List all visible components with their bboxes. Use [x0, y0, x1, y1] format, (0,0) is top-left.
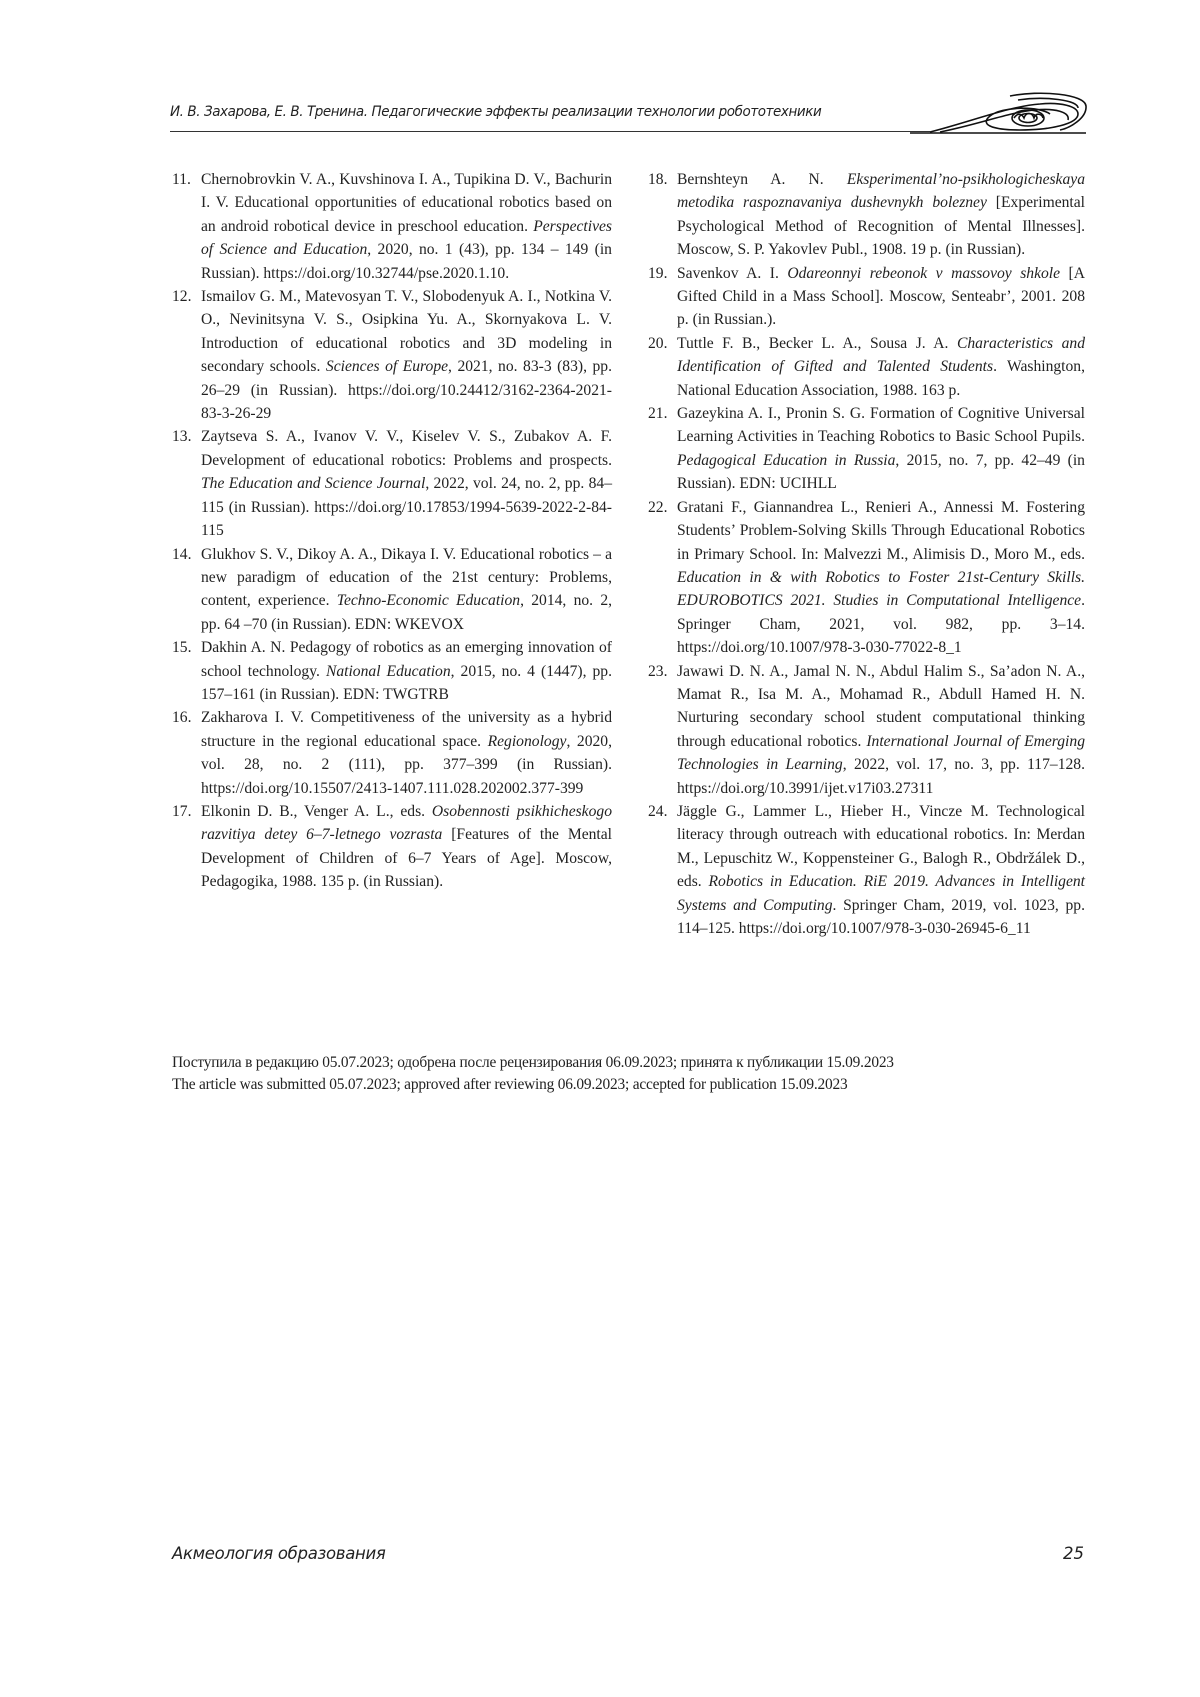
reference-text: Tuttle F. B., Becker L. A., Sousa J. A. … — [677, 332, 1085, 402]
reference-number: 20. — [648, 332, 668, 355]
reference-item: 24.Jäggle G., Lammer L., Hieber H., Vinc… — [648, 800, 1085, 940]
reference-item: 15.Dakhin A. N. Pedagogy of robotics as … — [172, 636, 612, 706]
reference-segment: Savenkov A. I. — [677, 265, 787, 282]
page-number: 25 — [1063, 1544, 1084, 1563]
reference-text: Bernshteyn A. N. Eksperimental’no-psikho… — [677, 168, 1085, 262]
header-rule — [170, 131, 930, 132]
submission-dates: Поступила в редакцию 05.07.2023; одобрен… — [172, 1052, 1102, 1096]
reference-text: Gratani F., Giannandrea L., Renieri A., … — [677, 496, 1085, 660]
reference-text: Jawawi D. N. A., Jamal N. N., Abdul Hali… — [677, 660, 1085, 800]
reference-text: Glukhov S. V., Dikoy A. A., Dikaya I. V.… — [201, 543, 612, 637]
reference-text: Chernobrovkin V. A., Kuvshinova I. A., T… — [201, 168, 612, 285]
reference-source-title: Education in & with Robotics to Foster 2… — [677, 569, 1085, 609]
reference-source-title: Sci­ences of Europe — [326, 358, 448, 375]
reference-number: 18. — [648, 168, 668, 191]
dates-russian: Поступила в редакцию 05.07.2023; одобрен… — [172, 1052, 1102, 1074]
reference-number: 12. — [172, 285, 192, 308]
reference-number: 19. — [648, 262, 668, 285]
ornament-icon — [910, 92, 1090, 134]
reference-item: 17.Elkonin D. B., Venger A. L., eds. Oso… — [172, 800, 612, 894]
reference-item: 19.Savenkov A. I. Odareonnyi rebeonok v … — [648, 262, 1085, 332]
reference-number: 11. — [172, 168, 191, 191]
reference-source-title: Odareonnyi rebeonok v massovoy shkole — [787, 265, 1060, 282]
footer-journal-title: Акмеология образования — [172, 1544, 386, 1563]
dates-english: The article was submitted 05.07.2023; ap… — [172, 1074, 1102, 1096]
reference-number: 21. — [648, 402, 668, 425]
reference-number: 14. — [172, 543, 192, 566]
running-title: И. В. Захарова, Е. В. Тренина. Педагогич… — [170, 104, 821, 120]
reference-text: Gazeykina A. I., Pronin S. G. Formation … — [677, 402, 1085, 496]
reference-number: 23. — [648, 660, 668, 683]
reference-segment: Bernshteyn A. N. — [677, 171, 847, 188]
reference-number: 16. — [172, 706, 192, 729]
reference-item: 12.Ismailov G. M., Matevosyan T. V., Slo… — [172, 285, 612, 425]
reference-text: Savenkov A. I. Odareonnyi rebeonok v mas… — [677, 262, 1085, 332]
reference-item: 16.Zakharova I. V. Competitiveness of th… — [172, 706, 612, 800]
reference-number: 24. — [648, 800, 668, 823]
reference-item: 21.Gazeykina A. I., Pronin S. G. Formati… — [648, 402, 1085, 496]
reference-source-title: Regio­nology — [488, 733, 567, 750]
reference-item: 18.Bernshteyn A. N. Eksperimental’no-psi… — [648, 168, 1085, 262]
reference-item: 23.Jawawi D. N. A., Jamal N. N., Abdul H… — [648, 660, 1085, 800]
reference-segment: Elkonin D. B., Venger A. L., eds. — [201, 803, 432, 820]
reference-item: 20.Tuttle F. B., Becker L. A., Sousa J. … — [648, 332, 1085, 402]
running-header: И. В. Захарова, Е. В. Тренина. Педагогич… — [170, 92, 1090, 132]
reference-text: Elkonin D. B., Venger A. L., eds. Osoben… — [201, 800, 612, 894]
reference-source-title: Pedagogical Education in Russia — [677, 452, 895, 469]
reference-number: 17. — [172, 800, 192, 823]
reference-segment: Gratani F., Giannandrea L., Renieri A., … — [677, 499, 1085, 563]
reference-item: 22.Gratani F., Giannandrea L., Renieri A… — [648, 496, 1085, 660]
reference-segment: Tuttle F. B., Becker L. A., Sousa J. A. — [677, 335, 957, 352]
references-right-column: 18.Bernshteyn A. N. Eksperimental’no-psi… — [648, 168, 1085, 940]
reference-source-title: Techno-Eco­nomic Education — [337, 592, 520, 609]
reference-number: 15. — [172, 636, 192, 659]
reference-source-title: The Education and Science Journal — [201, 475, 425, 492]
reference-segment: Zaytseva S. A., Ivanov V. V., Kiselev V.… — [201, 428, 612, 468]
reference-text: Ismailov G. M., Matevosyan T. V., Slobod… — [201, 285, 612, 425]
reference-text: Jäggle G., Lammer L., Hieber H., Vincze … — [677, 800, 1085, 940]
reference-text: Dakhin A. N. Pedagogy of robotics as an … — [201, 636, 612, 706]
reference-item: 14.Glukhov S. V., Dikoy A. A., Dikaya I.… — [172, 543, 612, 637]
reference-number: 13. — [172, 425, 192, 448]
references-left-column: 11.Chernobrovkin V. A., Kuvshinova I. A.… — [172, 168, 612, 894]
reference-item: 11.Chernobrovkin V. A., Kuvshinova I. A.… — [172, 168, 612, 285]
reference-number: 22. — [648, 496, 668, 519]
reference-source-title: National Education — [326, 663, 451, 680]
reference-item: 13.Zaytseva S. A., Ivanov V. V., Kiselev… — [172, 425, 612, 542]
reference-text: Zakharova I. V. Competitiveness of the u… — [201, 706, 612, 800]
reference-segment: Gazeykina A. I., Pronin S. G. Formation … — [677, 405, 1085, 445]
reference-text: Zaytseva S. A., Ivanov V. V., Kiselev V.… — [201, 425, 612, 542]
